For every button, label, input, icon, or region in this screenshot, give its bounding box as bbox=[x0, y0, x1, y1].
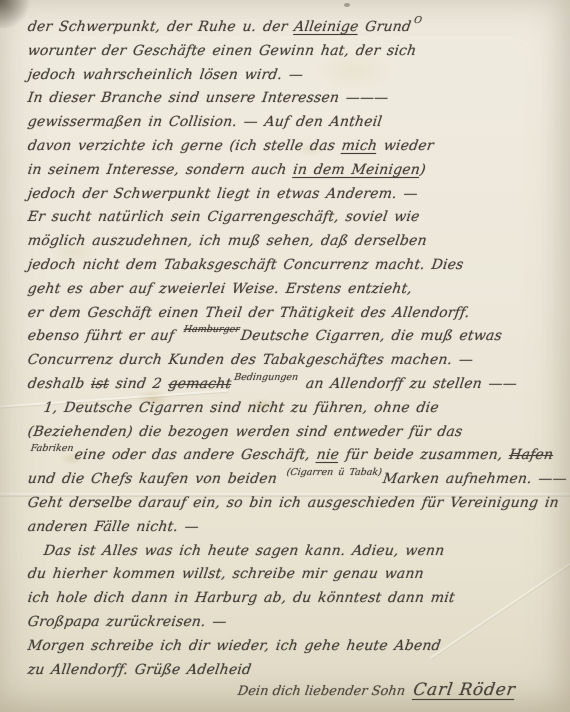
letter-text: Morgen schreibe ich dir wieder, ich gehe… bbox=[27, 638, 442, 654]
letter-text: jedoch wahrscheinlich lösen wird. — bbox=[27, 67, 305, 83]
letter-text: anderen Fälle nicht. — bbox=[27, 519, 200, 535]
letter-text: zu Allendorff. Grüße Adelheid bbox=[27, 662, 253, 678]
letter-text: möglich auszudehnen, ich muß sehen, daß … bbox=[27, 233, 428, 249]
letter-text: der Schwerpunkt, der Ruhe u. der bbox=[27, 19, 296, 35]
struck-word: Hafen bbox=[508, 447, 554, 463]
underlined-word: mich bbox=[341, 138, 379, 154]
letter-text: Grund bbox=[357, 19, 412, 35]
letter-text: Geht derselbe darauf ein, so bin ich aus… bbox=[27, 495, 560, 511]
letter-line: in seinem Interesse, sondern auch in dem… bbox=[26, 159, 563, 183]
letter-line: Geht derselbe darauf ein, so bin ich aus… bbox=[26, 492, 563, 516]
letter-line: 1, Deutsche Cigarren sind nicht zu führe… bbox=[26, 397, 563, 421]
letter-line: er dem Geschäft einen Theil der Thätigke… bbox=[26, 302, 563, 326]
letter-line: ich hole dich dann in Harburg ab, du kön… bbox=[26, 587, 563, 611]
letter-text: (Beziehenden) die bezogen werden sind en… bbox=[27, 424, 464, 440]
letter-text: Er sucht natürlich sein Cigarrengeschäft… bbox=[27, 209, 421, 225]
letter-line: davon verzichte ich gerne (ich stelle da… bbox=[26, 135, 563, 159]
letter-line: Großpapa zurückreisen. — bbox=[26, 611, 563, 635]
letter-text: du hierher kommen willst, schreibe mir g… bbox=[27, 566, 425, 582]
letter-text: Deutsche Cigarren, die muß etwas bbox=[240, 328, 503, 344]
letter-body: der Schwerpunkt, der Ruhe u. der Alleini… bbox=[26, 16, 560, 682]
letter-line: gewissermaßen in Collision. — Auf den An… bbox=[26, 111, 563, 135]
interlinear-insertion: Hamburger bbox=[183, 325, 240, 335]
letter-closing: Dein dich liebender SohnCarl Röder bbox=[237, 680, 517, 700]
letter-text: In dieser Branche sind unsere Interessen… bbox=[27, 90, 390, 106]
struck-word: gemacht bbox=[167, 376, 232, 392]
letter-text: in seinem Interesse, sondern auch bbox=[27, 162, 295, 178]
letter-line: möglich auszudehnen, ich muß sehen, daß … bbox=[26, 230, 563, 254]
letter-line: zu Allendorff. Grüße Adelheid bbox=[26, 659, 563, 683]
letter-line: (Beziehenden) die bezogen werden sind en… bbox=[26, 421, 563, 445]
letter-text: an Allendorff zu stellen —— bbox=[298, 376, 518, 392]
letter-text: eine oder das andere Geschäft, bbox=[73, 447, 317, 463]
letter-text: jedoch der Schwerpunkt liegt in etwas An… bbox=[27, 186, 419, 202]
letter-text: worunter der Geschäfte einen Gewinn hat,… bbox=[27, 43, 418, 59]
valediction-text: Dein dich liebender Sohn bbox=[237, 684, 406, 699]
letter-text: für beide zusammen, bbox=[338, 447, 510, 463]
letter-text: ich hole dich dann in Harburg ab, du kön… bbox=[27, 590, 456, 606]
letter-line: Er sucht natürlich sein Cigarrengeschäft… bbox=[26, 206, 563, 230]
letter-text: davon verzichte ich gerne (ich stelle da… bbox=[27, 138, 343, 154]
letter-text: Großpapa zurückreisen. — bbox=[27, 614, 228, 630]
letter-text: deshalb bbox=[27, 376, 93, 392]
letter-text: Concurrenz durch Kunden des Tabakgeschäf… bbox=[27, 352, 475, 368]
letter-text: Marken aufnehmen. —— bbox=[382, 471, 568, 487]
interlinear-insertion: (Cigarren ü Tabak) bbox=[286, 468, 383, 478]
interlinear-insertion: O bbox=[413, 16, 422, 26]
ink-speck bbox=[344, 3, 350, 7]
letter-line: In dieser Branche sind unsere Interessen… bbox=[26, 87, 563, 111]
interlinear-insertion: Fabriken bbox=[30, 444, 74, 454]
letter-text: gewissermaßen in Collision. — Auf den An… bbox=[27, 114, 383, 130]
letter-line: jedoch wahrscheinlich lösen wird. — bbox=[26, 64, 563, 88]
letter-line: und die Chefs kaufen von beiden (Cigarre… bbox=[26, 468, 563, 492]
letter-text: sind 2 bbox=[108, 376, 170, 392]
letter-text: jedoch nicht dem Tabaksgeschäft Concurre… bbox=[27, 257, 465, 273]
underlined-word: Alleinige bbox=[293, 19, 360, 35]
letter-line: geht es aber auf zweierlei Weise. Ersten… bbox=[26, 278, 563, 302]
letter-text: geht es aber auf zweierlei Weise. Ersten… bbox=[27, 281, 413, 297]
letter-line: du hierher kommen willst, schreibe mir g… bbox=[26, 563, 563, 587]
letter-line: der Schwerpunkt, der Ruhe u. der Alleini… bbox=[26, 16, 563, 40]
letter-line: Fabrikeneine oder das andere Geschäft, n… bbox=[26, 444, 563, 468]
letter-line: Concurrenz durch Kunden des Tabakgeschäf… bbox=[26, 349, 563, 373]
underlined-word: in dem Meinigen bbox=[292, 162, 421, 178]
letter-line: ebenso führt er auf HamburgerDeutsche Ci… bbox=[26, 325, 563, 349]
letter-text: wieder bbox=[376, 138, 435, 154]
letter-text: 1, Deutsche Cigarren sind nicht zu führe… bbox=[43, 400, 440, 416]
letter-line: worunter der Geschäfte einen Gewinn hat,… bbox=[26, 40, 563, 64]
letter-text: Das ist Alles was ich heute sagen kann. … bbox=[43, 543, 446, 559]
letter-line: Morgen schreibe ich dir wieder, ich gehe… bbox=[26, 635, 563, 659]
letter-line: anderen Fälle nicht. — bbox=[26, 516, 563, 540]
letter-text: und die Chefs kaufen von beiden bbox=[27, 471, 285, 487]
letter-line: jedoch nicht dem Tabaksgeschäft Concurre… bbox=[26, 254, 563, 278]
letter-scan: der Schwerpunkt, der Ruhe u. der Alleini… bbox=[0, 0, 570, 712]
letter-line: Das ist Alles was ich heute sagen kann. … bbox=[26, 540, 563, 564]
underlined-word: nie bbox=[316, 447, 341, 463]
letter-text: ebenso führt er auf bbox=[27, 328, 182, 344]
interlinear-insertion: Bedingungen bbox=[233, 373, 298, 383]
letter-line: jedoch der Schwerpunkt liegt in etwas An… bbox=[26, 183, 563, 207]
signature: Carl Röder bbox=[412, 680, 517, 700]
letter-text: er dem Geschäft einen Theil der Thätigke… bbox=[27, 305, 471, 321]
letter-line: deshalb ist sind 2 gemachtBedingungen an… bbox=[26, 373, 563, 397]
letter-text: ) bbox=[419, 162, 427, 178]
